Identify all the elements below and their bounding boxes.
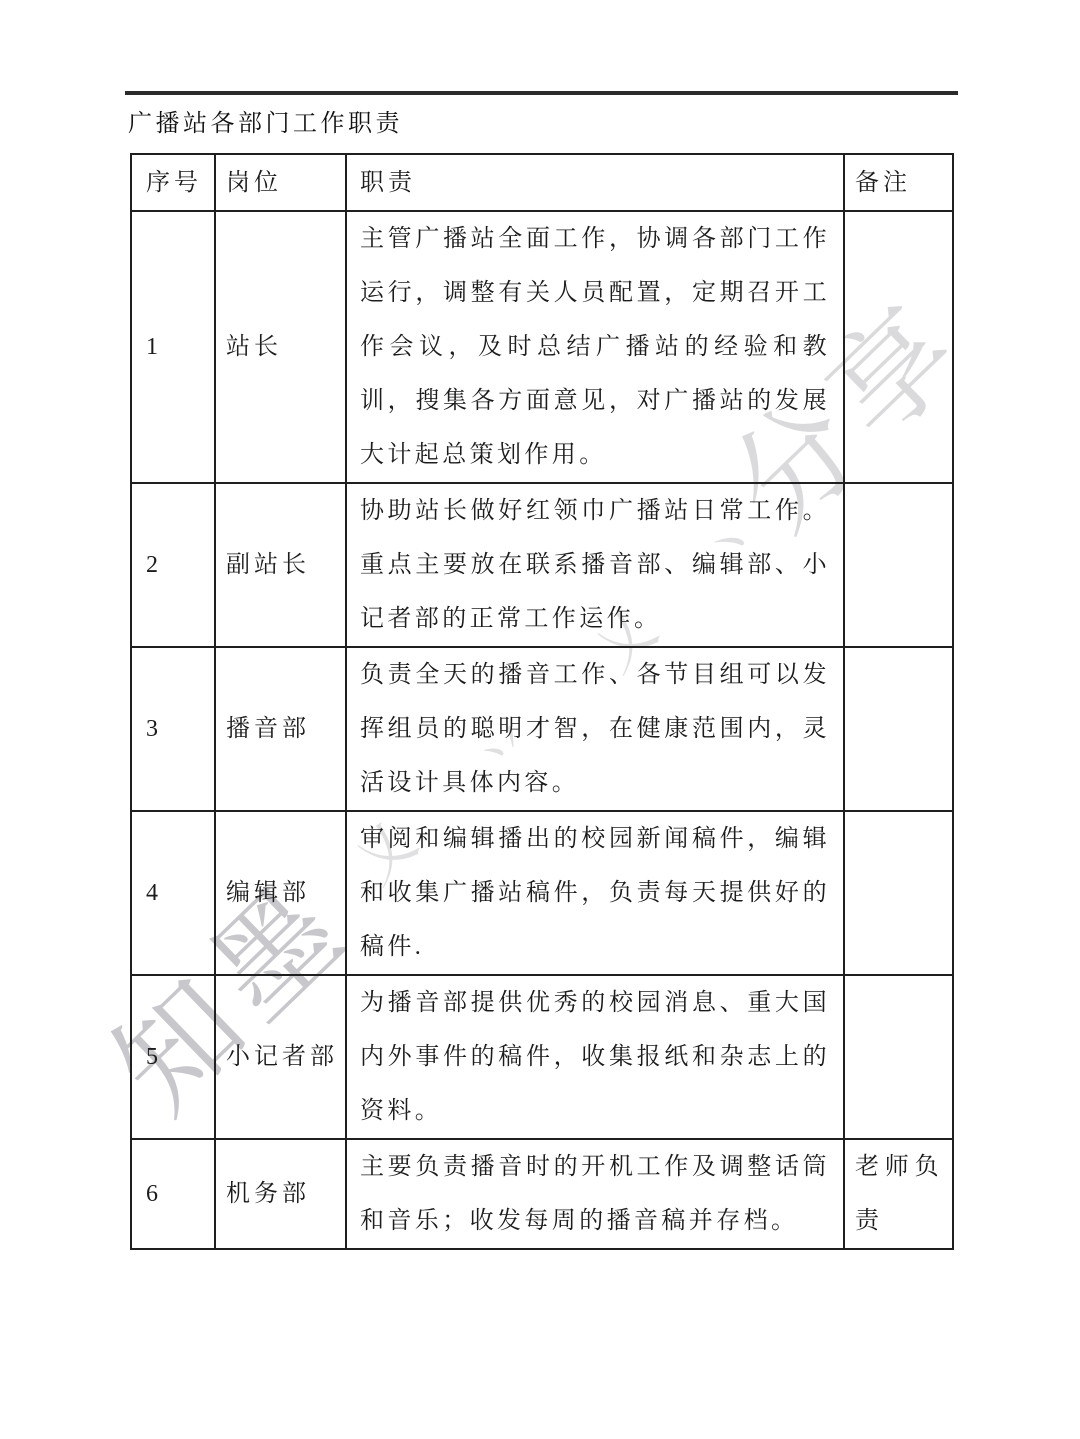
cell-duty: 协助站长做好红领巾广播站日常工作。重点主要放在联系播音部、编辑部、小记者部的正常… [346, 483, 844, 647]
table-row: 5 小记者部 为播音部提供优秀的校园消息、重大国内外事件的稿件，收集报纸和杂志上… [131, 975, 953, 1139]
page-title: 广播站各部门工作职责 [128, 106, 403, 142]
title-divider [125, 91, 958, 95]
cell-index: 4 [131, 811, 215, 975]
table-row: 2 副站长 协助站长做好红领巾广播站日常工作。重点主要放在联系播音部、编辑部、小… [131, 483, 953, 647]
cell-note [844, 647, 953, 811]
cell-index: 6 [131, 1139, 215, 1249]
document-page: 知墨 分享 乂 丷 乂 丶 广播站各部门工作职责 序号 岗位 职责 备注 1 站… [0, 0, 1080, 1439]
cell-duty: 负责全天的播音工作、各节目组可以发挥组员的聪明才智，在健康范围内，灵活设计具体内… [346, 647, 844, 811]
cell-index: 1 [131, 211, 215, 483]
cell-note: 老师负责 [844, 1139, 953, 1249]
cell-note [844, 811, 953, 975]
cell-note [844, 483, 953, 647]
cell-position: 播音部 [215, 647, 346, 811]
table-row: 6 机务部 主要负责播音时的开机工作及调整话筒和音乐；收发每周的播音稿并存档。 … [131, 1139, 953, 1249]
col-header-note: 备注 [844, 154, 953, 211]
cell-position: 副站长 [215, 483, 346, 647]
cell-position: 小记者部 [215, 975, 346, 1139]
col-header-index: 序号 [131, 154, 215, 211]
cell-index: 3 [131, 647, 215, 811]
cell-position: 编辑部 [215, 811, 346, 975]
table-row: 3 播音部 负责全天的播音工作、各节目组可以发挥组员的聪明才智，在健康范围内，灵… [131, 647, 953, 811]
cell-duty: 审阅和编辑播出的校园新闻稿件，编辑和收集广播站稿件，负责每天提供好的稿件. [346, 811, 844, 975]
table-row: 4 编辑部 审阅和编辑播出的校园新闻稿件，编辑和收集广播站稿件，负责每天提供好的… [131, 811, 953, 975]
cell-duty: 为播音部提供优秀的校园消息、重大国内外事件的稿件，收集报纸和杂志上的资料。 [346, 975, 844, 1139]
col-header-duty: 职责 [346, 154, 844, 211]
col-header-position: 岗位 [215, 154, 346, 211]
table-header-row: 序号 岗位 职责 备注 [131, 154, 953, 211]
cell-note [844, 975, 953, 1139]
cell-position: 站长 [215, 211, 346, 483]
cell-duty: 主管广播站全面工作，协调各部门工作运行，调整有关人员配置，定期召开工作会议，及时… [346, 211, 844, 483]
cell-note [844, 211, 953, 483]
duties-table: 序号 岗位 职责 备注 1 站长 主管广播站全面工作，协调各部门工作运行，调整有… [130, 153, 954, 1250]
table-row: 1 站长 主管广播站全面工作，协调各部门工作运行，调整有关人员配置，定期召开工作… [131, 211, 953, 483]
cell-position: 机务部 [215, 1139, 346, 1249]
cell-duty: 主要负责播音时的开机工作及调整话筒和音乐；收发每周的播音稿并存档。 [346, 1139, 844, 1249]
cell-index: 5 [131, 975, 215, 1139]
cell-index: 2 [131, 483, 215, 647]
